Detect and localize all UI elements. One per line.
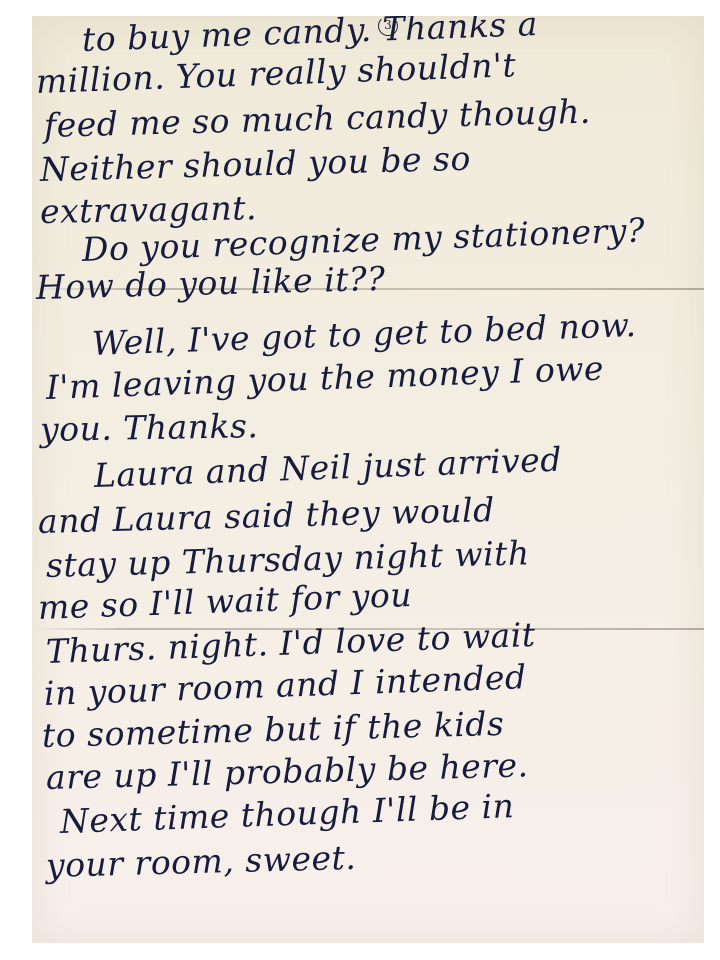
text-line: How do you like it?? bbox=[35, 259, 385, 307]
text-line: you. Thanks. bbox=[40, 406, 259, 449]
text-line: Neither should you be so bbox=[39, 139, 471, 189]
text-line: and Laura said they would bbox=[37, 490, 495, 541]
text-line: stay up Thursday night with bbox=[45, 533, 530, 585]
text-line: feed me so much candy though. bbox=[43, 92, 591, 145]
letter-page: 3 to buy me candy. Thanks a million. You… bbox=[32, 16, 704, 943]
text-line: your room, sweet. bbox=[45, 838, 356, 885]
text-line: Laura and Neil just arrived bbox=[93, 440, 562, 495]
